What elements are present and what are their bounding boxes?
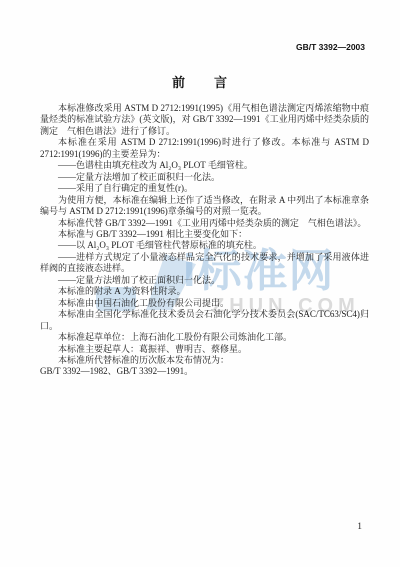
- paragraph: 本标准与 GB/T 3392—1991 相比主要变化如下：: [40, 229, 369, 240]
- paragraph-dash-item: ——色谱柱由填充柱改为 Al₂O₃ PLOT 毛细管柱。: [40, 160, 369, 171]
- paragraph: 本标准修改采用 ASTM D 2712:1991(1995)《用气相色谱法测定丙…: [40, 103, 369, 137]
- paragraph: 本标准由全国化学标准化技术委员会石油化学分技术委员会(SAC/TC63/SC4)…: [40, 309, 369, 332]
- paragraph-dash-item: ——定量方法增加了校正面积归一化法。: [40, 275, 369, 286]
- paragraph: 本标准在采用 ASTM D 2712:1991(1996)时进行了修改。本标准与…: [40, 137, 369, 160]
- paragraph: 本标准所代替标准的历次版本发布情况为：: [40, 355, 369, 366]
- paragraph: 本标准代替 GB/T 3392—1991《工业用丙烯中烃类杂质的测定 气相色谱法…: [40, 218, 369, 229]
- paragraph: 本标准由中国石油化工股份有限公司提出。: [40, 298, 369, 309]
- paragraph-dash-item: ——采用了自行确定的重复性(r)。: [40, 183, 369, 194]
- document-page: GB/T 3392—2003 前 言 i标准网 ZHUN.COM 本标准修改采用…: [0, 0, 400, 567]
- foreword-body: 本标准修改采用 ASTM D 2712:1991(1995)《用气相色谱法测定丙…: [40, 103, 369, 378]
- paragraph: 本标准起草单位：上海石油化工股份有限公司炼油化工部。: [40, 332, 369, 343]
- paragraph: 本标准主要起草人：葛振祥、曹明吉、蔡修星。: [40, 344, 369, 355]
- paragraph: GB/T 3392—1982、GB/T 3392—1991。: [40, 366, 369, 377]
- paragraph-dash-item: ——定量方法增加了校正面积归一化法。: [40, 172, 369, 183]
- paragraph-dash-item: ——以 Al₂O₃ PLOT 毛细管柱代替原标准的填充柱。: [40, 240, 369, 251]
- page-number: 1: [357, 522, 362, 532]
- paragraph-dash-item: ——进样方式规定了小量液态样品完全汽化的技术要求，并增加了采用液体进样阀的直接液…: [40, 252, 369, 275]
- paragraph: 为使用方便，本标准在编辑上还作了适当修改，在附录 A 中列出了本标准章条编号与 …: [40, 195, 369, 218]
- paragraph: 本标准的附录 A 为资料性附录。: [40, 286, 369, 297]
- page-title: 前 言: [0, 72, 400, 91]
- standard-code: GB/T 3392—2003: [296, 42, 365, 52]
